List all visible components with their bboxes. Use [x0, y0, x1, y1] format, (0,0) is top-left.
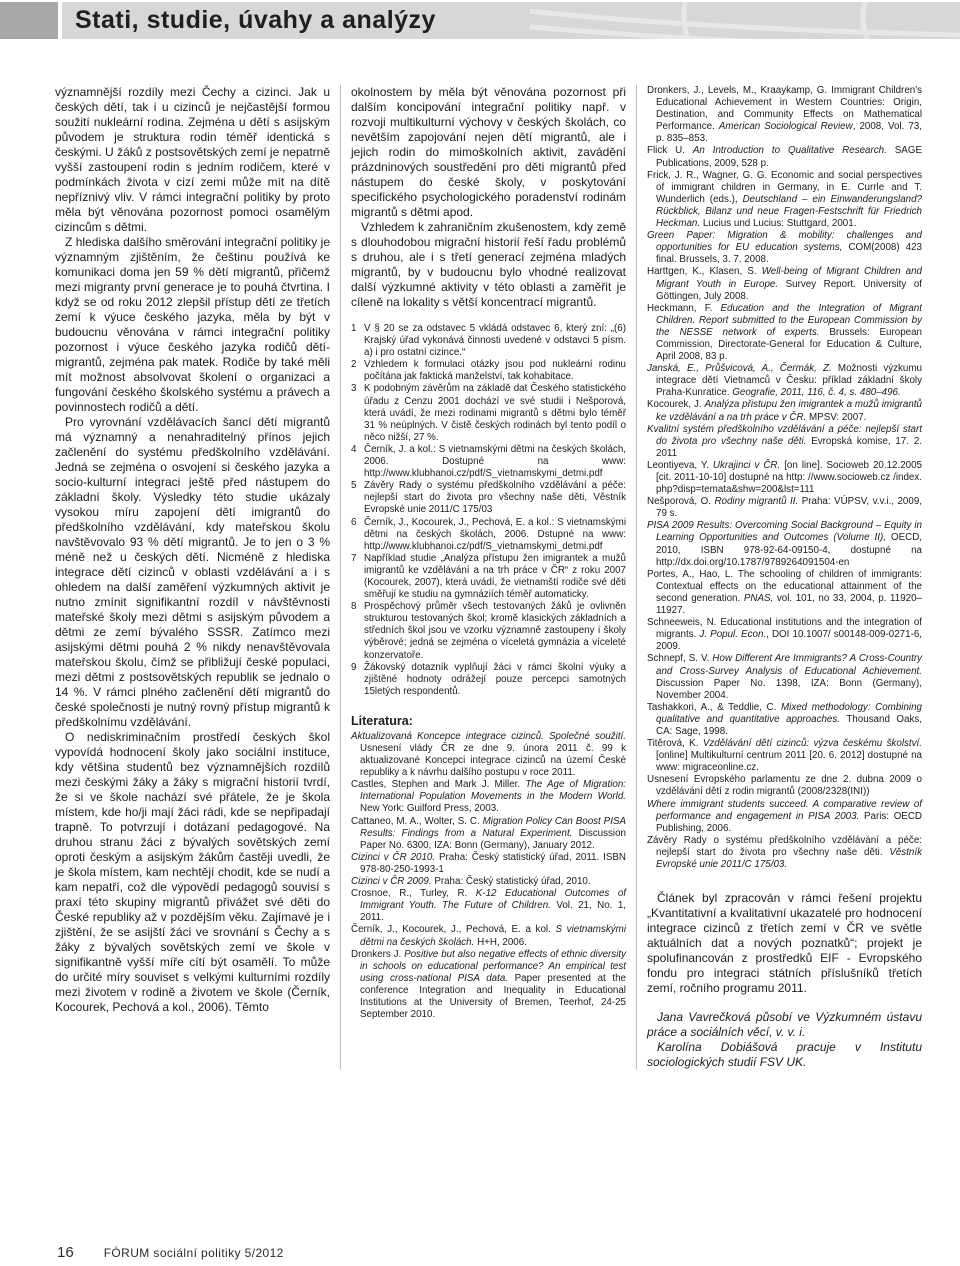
- footnote-item: 4Černík, J. a kol.: S vietnamskými dětmi…: [351, 444, 626, 480]
- paragraph: významnější rozdíly mezi Čechy a cizinci…: [55, 85, 330, 235]
- footnote-text: Prospěchový průměr všech testovaných žák…: [364, 601, 626, 660]
- reference-item: Cizinci v ČR 2010. Praha: Český statisti…: [351, 852, 626, 876]
- reference-title-segment: J. Popul. Econ.: [699, 629, 766, 640]
- reference-text-segment: Praha: Český statistický úřad, 2010.: [432, 876, 591, 887]
- reference-text-segment: Závěry Rady o systému předškolního vzděl…: [647, 835, 922, 858]
- reference-title-segment: Cizinci v ČR 2009.: [351, 876, 432, 887]
- reference-item: Cattaneo, M. A., Wolter, S. C. Migration…: [351, 816, 626, 852]
- reference-text-segment: Lucius und Lucius: Stuttgard, 2001.: [700, 218, 856, 229]
- footnote-text: Žákovský dotazník vyplňují žáci v rámci …: [364, 662, 626, 697]
- footnote-number: 3: [351, 383, 364, 395]
- reference-text-segment: Nešporová, O.: [647, 496, 714, 507]
- footnote-text: Černík, J. a kol.: S vietnamskými dětmi …: [364, 444, 626, 479]
- reference-item: Leontiyeva, Y. Ukrajinci v ČR. [on line]…: [647, 460, 922, 496]
- footnote-number: 8: [351, 601, 364, 613]
- author-note: Karolína Dobiášová pracuje v Institutu s…: [647, 1040, 922, 1070]
- reference-text-segment: MPSV: 2007.: [806, 412, 866, 423]
- reference-text-segment: Leontiyeva, Y.: [647, 460, 713, 471]
- reference-title-segment: Cizinci v ČR 2010.: [351, 852, 435, 863]
- reference-item: Kvalitní systém předškolního vzdělávání …: [647, 424, 922, 460]
- reference-item: Schnepf, S. V. How Different Are Immigra…: [647, 653, 922, 701]
- reference-title-segment: Geografie, 2011, 116, č. 4, s. 480–496.: [732, 387, 900, 398]
- literature-heading: Literatura:: [351, 714, 626, 728]
- reference-text-segment: H+H, 2006.: [474, 937, 527, 948]
- paragraph: Z hlediska dalšího směrování integrační …: [55, 235, 330, 415]
- reference-title-segment: Ukrajinci v ČR.: [713, 460, 780, 471]
- reference-item: Heckmann, F. Education and the Integrati…: [647, 303, 922, 363]
- closing-block: Článek byl zpracován v rámci řešení proj…: [647, 891, 922, 1070]
- reference-item: Janská, E., Průšvicová, A., Čermák, Z. M…: [647, 363, 922, 399]
- footnote-item: 6Černík, J., Kocourek, J., Pechová, E. a…: [351, 517, 626, 553]
- reference-title-segment: American Sociological Review: [719, 121, 853, 132]
- paragraph: Vzhledem k zahraničním zkušenostem, kdy …: [351, 220, 626, 310]
- reference-text-segment: Crosnoe, R., Turley, R.: [351, 888, 476, 899]
- reference-title-segment: PISA 2009 Results: Overcoming Social Bac…: [647, 520, 922, 543]
- column-3: Dronkers, J., Levels, M., Kraaykamp, G. …: [636, 85, 922, 1070]
- reference-text-segment: Titěrová, K.: [647, 738, 703, 749]
- footnote-item: 5Závěry Rady o systému předškolního vzdě…: [351, 480, 626, 516]
- reference-text-segment: Heckmann, F.: [647, 303, 721, 314]
- reference-item: Kocourek, J. Analýza přistupu žen imigra…: [647, 399, 922, 423]
- reference-item: Schneeweis, N. Educational institutions …: [647, 617, 922, 653]
- page-title: Stati, studie, úvahy a analýzy: [62, 2, 960, 35]
- reference-title-segment: Aktualizovaná Koncepce integrace cizinců…: [351, 731, 626, 742]
- author-note: Jana Vavrečková působí ve Výzkumném ústa…: [647, 1010, 922, 1040]
- reference-item: PISA 2009 Results: Overcoming Social Bac…: [647, 520, 922, 568]
- reference-item: Castles, Stephen and Mark J. Miller. The…: [351, 779, 626, 815]
- reference-text-segment: Flick U.: [647, 145, 693, 156]
- reference-item: Harttgen, K., Klasen, S. Well-being of M…: [647, 266, 922, 302]
- author-notes: Jana Vavrečková působí ve Výzkumném ústa…: [647, 1010, 922, 1070]
- footnote-number: 4: [351, 444, 364, 456]
- footnote-text: Vzhledem k formulaci otázky jsou pod nuk…: [364, 359, 626, 382]
- footnote-item: 8Prospěchový průměr všech testovaných žá…: [351, 601, 626, 661]
- reference-text-segment: [online] Multikulturní centrum 2011 [20.…: [656, 750, 922, 773]
- footnote-number: 2: [351, 359, 364, 371]
- reference-text-segment: Castles, Stephen and Mark J. Miller.: [351, 779, 525, 790]
- reference-text-segment: Harttgen, K., Klasen, S.: [647, 266, 762, 277]
- reference-title-segment: PNAS,: [744, 593, 773, 604]
- footnote-text: Například studie „Analýza přístupu žen i…: [364, 553, 626, 600]
- reference-text-segment: Černík, J., Kocourek, J., Pechová, E. a …: [351, 924, 555, 935]
- footnote-number: 1: [351, 323, 364, 335]
- section-header: Stati, studie, úvahy a analýzy: [0, 2, 960, 39]
- reference-item: Závěry Rady o systému předškolního vzděl…: [647, 835, 922, 871]
- reference-text-segment: Discussion Paper No. 1398, IZA: Bonn (Ge…: [656, 678, 922, 701]
- reference-item: Flick U. An Introduction to Qualitative …: [647, 145, 922, 169]
- reference-item: Crosnoe, R., Turley, R. K-12 Educational…: [351, 888, 626, 924]
- reference-text-segment: New York: Guilford Press, 2003.: [360, 803, 499, 814]
- paragraph: okolnostem by měla být věnována pozornos…: [351, 85, 626, 220]
- journal-title: FÓRUM sociální politiky 5/2012: [104, 1246, 284, 1260]
- references-list: Aktualizovaná Koncepce integrace cizinců…: [351, 731, 626, 1021]
- reference-item: Titěrová, K. Vzdělávání dětí cizinců: vý…: [647, 738, 922, 774]
- reference-item: Tashakkori, A., & Teddlie, C. Mixed meth…: [647, 702, 922, 738]
- reference-text-segment: Kocourek, J.: [647, 399, 704, 410]
- paragraph: O nediskriminačním prostředí českých ško…: [55, 730, 330, 1015]
- footnote-number: 5: [351, 480, 364, 492]
- footnote-text: V § 20 se za odstavec 5 vkládá odstavec …: [364, 323, 626, 358]
- page-number: 16: [57, 1244, 74, 1261]
- references-list-continued: Dronkers, J., Levels, M., Kraaykamp, G. …: [647, 85, 922, 871]
- footnote-text: K podobným závěrům na základě dat Českéh…: [364, 383, 626, 442]
- footnote-text: Závěry Rady o systému předškolního vzděl…: [364, 480, 626, 515]
- reference-item: Where immigrant students succeed. A comp…: [647, 799, 922, 835]
- reference-item: Frick, J. R., Wagner, G. G. Economic and…: [647, 170, 922, 230]
- page-footer: 16 FÓRUM sociální politiky 5/2012: [57, 1244, 284, 1261]
- footnotes-block: 1V § 20 se za odstavec 5 vkládá odstavec…: [351, 323, 626, 698]
- header-accent-square: [0, 2, 58, 39]
- reference-text-segment: Usnesení vlády ČR ze dne 9. února 2011 č…: [360, 743, 626, 778]
- footnote-number: 6: [351, 517, 364, 529]
- reference-text-segment: Cattaneo, M. A., Wolter, S. C.: [351, 816, 483, 827]
- footnote-item: 1V § 20 se za odstavec 5 vkládá odstavec…: [351, 323, 626, 359]
- reference-item: Nešporová, O. Rodiny migrantů II. Praha:…: [647, 496, 922, 520]
- footnote-number: 7: [351, 553, 364, 565]
- footnote-number: 9: [351, 662, 364, 674]
- footnote-item: 3K podobným závěrům na základě dat České…: [351, 383, 626, 443]
- footnote-item: 9Žákovský dotazník vyplňují žáci v rámci…: [351, 662, 626, 698]
- reference-text-segment: Schnepf, S. V.: [647, 653, 712, 664]
- journal-page: Stati, studie, úvahy a analýzy významněj…: [0, 0, 960, 1266]
- reference-text-segment: Tashakkori, A., & Teddlie, C.: [647, 702, 781, 713]
- article-body: významnější rozdíly mezi Čechy a cizinci…: [55, 85, 922, 1070]
- reference-title-segment: An Introduction to Qualitative Research.: [693, 145, 887, 156]
- reference-title-segment: Rodiny migrantů II.: [714, 496, 798, 507]
- reference-item: Černík, J., Kocourek, J., Pechová, E. a …: [351, 924, 626, 948]
- paragraph: Pro vyrovnání vzdělávacích šancí dětí mi…: [55, 415, 330, 730]
- reference-item: Dronkers, J., Levels, M., Kraaykamp, G. …: [647, 85, 922, 145]
- reference-item: Portes, A., Hao, L. The schooling of chi…: [647, 569, 922, 617]
- reference-text-segment: Usnesení Evropského parlamentu ze dne 2.…: [647, 774, 922, 797]
- reference-title-segment: Vzdělávání dětí cizinců: výzva českému š…: [703, 738, 922, 749]
- column-2-text: okolnostem by měla být věnována pozornos…: [351, 85, 626, 310]
- reference-item: Dronkers J. Positive but also negative e…: [351, 949, 626, 1022]
- reference-text-segment: Dronkers J.: [351, 949, 404, 960]
- reference-item: Cizinci v ČR 2009. Praha: Český statisti…: [351, 876, 626, 888]
- reference-title-segment: Janská, E., Průšvicová, A., Čermák, Z.: [647, 363, 832, 374]
- header-banner: Stati, studie, úvahy a analýzy: [62, 2, 960, 39]
- reference-item: Usnesení Evropského parlamentu ze dne 2.…: [647, 774, 922, 798]
- reference-item: Aktualizovaná Koncepce integrace cizinců…: [351, 731, 626, 779]
- acknowledgement-paragraph: Článek byl zpracován v rámci řešení proj…: [647, 891, 922, 996]
- column-1: významnější rozdíly mezi Čechy a cizinci…: [55, 85, 330, 1070]
- footnote-item: 7Například studie „Analýza přístupu žen …: [351, 553, 626, 601]
- reference-item: Green Paper: Migration & mobility: chall…: [647, 230, 922, 266]
- footnote-text: Černík, J., Kocourek, J., Pechová, E. a …: [364, 517, 626, 552]
- column-2: okolnostem by měla být věnována pozornos…: [340, 85, 626, 1070]
- footnote-item: 2Vzhledem k formulaci otázky jsou pod nu…: [351, 359, 626, 383]
